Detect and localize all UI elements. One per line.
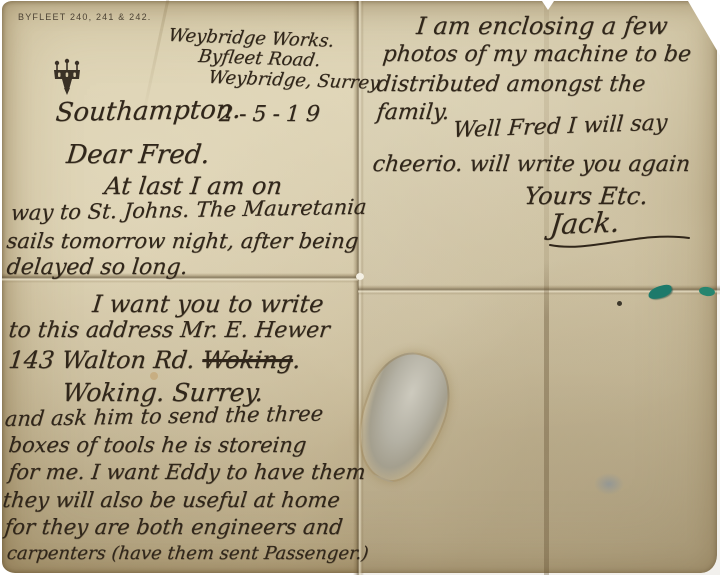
letter-line: carpenters (have them sent Passenger.) [6,543,370,564]
letter-line: for they are both engineers and [3,515,343,539]
letter-line: I want you to write [91,290,325,318]
letter-line: to this address Mr. E. Hewer [7,318,331,343]
letter-line: cheerio. will write you again [371,152,691,177]
letter-line: delayed so long. [5,255,188,280]
letter-line: they will also be useful at home [1,488,341,512]
letter-line: boxes of tools he is storeing [7,433,307,457]
printed-telephone-line: BYFLEET 240, 241 & 242. [18,12,152,22]
letter-line: I am enclosing a few [415,12,669,40]
fold-intersection-tear [356,273,364,280]
letter-line: 143 Walton Rd. Woking. [7,346,302,374]
ink-dot [617,301,622,306]
letter-line: and ask him to send the three [4,401,324,431]
letter-line: sails tomorrow night, after being [5,229,359,253]
place-line: Southampton. [54,95,242,128]
letter-line: photos of my machine to be [381,42,692,67]
address-text: . [291,346,302,374]
salutation-line: Dear Fred. [65,140,211,170]
letter-scan: BYFLEET 240, 241 & 242. Weybridge Works. [0,0,720,576]
letter-line: family. [375,100,450,125]
struck-word: Woking [201,346,294,374]
date-line: 2-5-19 [218,102,327,127]
crown-crest-icon [50,57,84,101]
blue-smudge [594,473,624,495]
letter-line: for me. I want Eddy to have them [7,460,366,484]
signature-flourish [544,225,694,257]
letter-line: distributed amongst the [375,72,646,97]
letter-line: way to St. Johns. The Mauretania [10,195,368,225]
paper: BYFLEET 240, 241 & 242. Weybridge Works. [2,1,717,573]
address-text: 143 Walton Rd. [7,346,204,374]
